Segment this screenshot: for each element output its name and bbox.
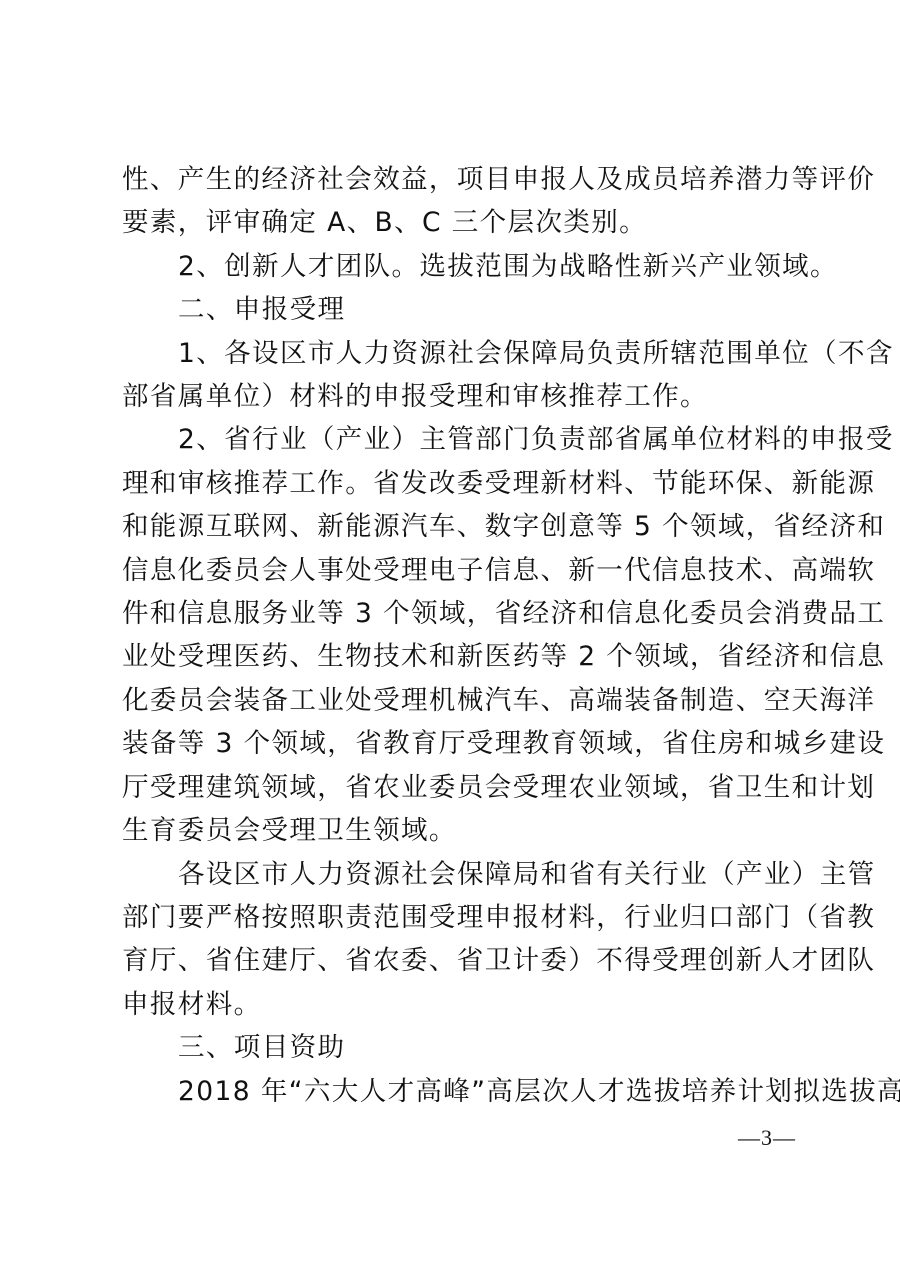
text-line-15: 厅受理建筑领域，省农业委员会受理农业领域，省卫生和计划 <box>122 766 806 809</box>
text-line-20: 申报材料。 <box>122 983 806 1026</box>
text-line-19: 育厅、省住建厅、省农委、省卫计委）不得受理创新人才团队 <box>122 939 806 982</box>
text-line-17: 各设区市人力资源社会保障局和省有关行业（产业）主管 <box>122 853 806 896</box>
page-number: —3— <box>738 1125 796 1151</box>
text-line-13: 化委员会装备工业处受理机械汽车、高端装备制造、空天海洋 <box>122 679 806 722</box>
text-line-18: 部门要严格按照职责范围受理申报材料，行业归口部门（省教 <box>122 896 806 939</box>
text-line-22: 2018 年“六大人才高峰”高层次人才选拔培养计划拟选拔高 <box>122 1070 806 1113</box>
document-body: 性、产生的经济社会效益，项目申报人及成员培养潜力等评价 要素，评审确定 A、B、… <box>122 158 806 1113</box>
text-line-6: 部省属单位）材料的申报受理和审核推荐工作。 <box>122 375 806 418</box>
text-line-8: 理和审核推荐工作。省发改委受理新材料、节能环保、新能源 <box>122 462 806 505</box>
text-line-5: 1、各设区市人力资源社会保障局负责所辖范围单位（不含 <box>122 332 806 375</box>
text-line-9: 和能源互联网、新能源汽车、数字创意等 5 个领域，省经济和 <box>122 505 806 548</box>
text-line-16: 生育委员会受理卫生领域。 <box>122 809 806 852</box>
text-line-1: 性、产生的经济社会效益，项目申报人及成员培养潜力等评价 <box>122 158 806 201</box>
section-heading-application: 二、申报受理 <box>122 288 806 331</box>
text-line-14: 装备等 3 个领域，省教育厅受理教育领域，省住房和城乡建设 <box>122 722 806 765</box>
item-innovation-team: 2、创新人才团队。选拔范围为战略性新兴产业领域。 <box>122 245 806 288</box>
text-line-2: 要素，评审确定 A、B、C 三个层次类别。 <box>122 201 806 244</box>
text-line-11: 件和信息服务业等 3 个领域，省经济和信息化委员会消费品工 <box>122 592 806 635</box>
section-heading-funding: 三、项目资助 <box>122 1026 806 1069</box>
document-page: 性、产生的经济社会效益，项目申报人及成员培养潜力等评价 要素，评审确定 A、B、… <box>0 0 900 1273</box>
text-line-12: 业处受理医药、生物技术和新医药等 2 个领域，省经济和信息 <box>122 635 806 678</box>
text-line-7: 2、省行业（产业）主管部门负责部省属单位材料的申报受 <box>122 418 806 461</box>
text-line-10: 信息化委员会人事处受理电子信息、新一代信息技术、高端软 <box>122 549 806 592</box>
